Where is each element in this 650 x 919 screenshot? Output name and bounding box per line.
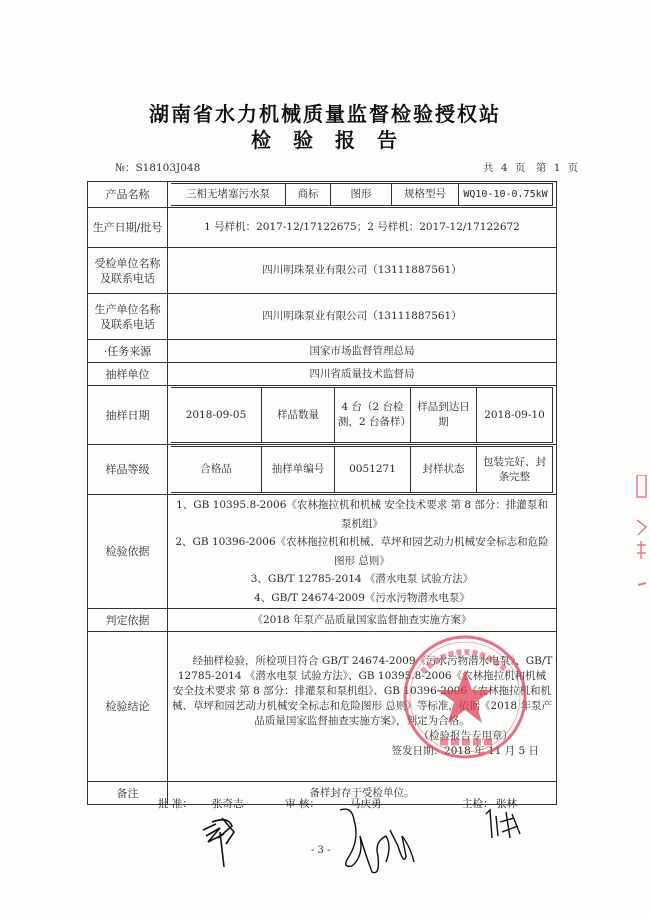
table-row: ·任务来源 国家市场监督管理总局 (88, 340, 557, 363)
basis-item: 2、GB 10396-2006《农林拖拉机和机械、草坪和园艺动力机械安全标志和危… (171, 533, 553, 570)
sample-qty-label: 样品数量 (262, 388, 335, 443)
table-row: 样品等级 合格品 抽样单编号 0051271 封样状态 包装完好、封条完整 (88, 445, 557, 495)
basis-item: 3、GB/T 12785-2014 《潜水电泵 试验方法》 (171, 570, 553, 589)
basis-item: 4、GB/T 24674-2009《污水污物潜水电泵》 (171, 589, 553, 608)
producer-label: 生产单位名称及联系电话 (88, 294, 168, 340)
basis-item: 1、GB 10395.8-2006《农林拖拉机和机械 安全技术要求 第 8 部分… (171, 496, 553, 533)
task-source-label: ·任务来源 (88, 340, 168, 363)
table-row: 检验依据 1、GB 10395.8-2006《农林拖拉机和机械 安全技术要求 第… (88, 495, 557, 609)
conclusion-cell: 经抽样检验，所检项目符合 GB/T 24674-2009《污水污物潜水电泵》、G… (168, 632, 557, 782)
seal-status-label: 封样状态 (411, 447, 477, 493)
table-row: 抽样单位 四川省质量技术监督局 (88, 363, 557, 386)
reviewer-signature-icon (338, 806, 420, 882)
model-value: WQ10-10-0.75kW (459, 184, 553, 206)
sample-qty-value: 4 台（2 台检测，2 台备样） (335, 388, 411, 443)
trademark-label: 商标 (286, 184, 331, 206)
table-row: 生产日期/批号 1 号样机：2017-12/17122675；2 号样机：201… (88, 208, 557, 248)
table-row: 检验结论 经抽样检验，所检项目符合 GB/T 24674-2009《污水污物潜水… (88, 632, 557, 782)
conclusion-label: 检验结论 (88, 632, 168, 782)
sampling-no-label: 抽样单编号 (262, 447, 335, 493)
seal-note: （检验报告专用章） (171, 729, 553, 744)
inspected-unit-value: 四川明珠泵业有限公司（13111887561） (168, 248, 557, 294)
production-date-value: 1 号样机：2017-12/17122675；2 号样机：2017-12/171… (168, 208, 557, 248)
basis-list: 1、GB 10395.8-2006《农林拖拉机和机械 安全技术要求 第 8 部分… (168, 495, 557, 609)
basis-label: 检验依据 (88, 495, 168, 609)
approver-signature-icon (198, 812, 243, 868)
producer-value: 四川明珠泵业有限公司（13111887561） (168, 294, 557, 340)
inspected-unit-label: 受检单位名称及联系电话 (88, 248, 168, 294)
inspection-report-table: 产品名称 三相无堵塞污水泵 商标 图形 规格型号 WQ10-10-0.75kW … (87, 181, 557, 805)
report-number-value: S18103J048 (135, 162, 200, 174)
conclusion-text: 经抽样检验，所检项目符合 GB/T 24674-2009《污水污物潜水电泵》、G… (171, 654, 553, 729)
sampling-no-value: 0051271 (335, 447, 411, 493)
table-row: 抽样日期 2018-09-05 样品数量 4 台（2 台检测，2 台备样） 样品… (88, 386, 557, 445)
judgement-basis-value: 《2018 年泵产品质量国家监督抽查实施方案》 (168, 609, 557, 632)
table-row: 受检单位名称及联系电话 四川明珠泵业有限公司（13111887561） (88, 248, 557, 294)
model-label: 规格型号 (392, 184, 459, 206)
chief-signature-icon (484, 808, 529, 842)
task-source-value: 国家市场监督管理总局 (168, 340, 557, 363)
seal-status-value: 包装完好、封条完整 (477, 447, 553, 493)
issue-date: 签发日期：2018 年 11 月 5 日 (171, 744, 553, 759)
sample-grade-value: 合格品 (171, 447, 262, 493)
edge-seal-mark-icon (634, 475, 650, 625)
product-name-label: 产品名称 (88, 182, 168, 208)
production-date-label: 生产日期/批号 (88, 208, 168, 248)
arrival-date-label: 样品到达日期 (411, 388, 477, 443)
review-label: 审 核： (285, 796, 320, 811)
report-number-label: №： (115, 162, 135, 174)
sampling-unit-label: 抽样单位 (88, 363, 168, 386)
page-info: 共 4 页 第 1 页 (483, 160, 578, 175)
org-title: 湖南省水力机械质量监督检验授权站 (0, 98, 650, 127)
report-number: №：S18103J048 (115, 160, 200, 175)
product-name-value: 三相无堵塞污水泵 (171, 184, 286, 206)
doc-title: 检验报告 (0, 124, 650, 153)
page-number: - 3 - (311, 845, 330, 856)
approver-name: 张奇志 (212, 796, 244, 811)
arrival-date-value: 2018-09-10 (477, 388, 553, 443)
sampling-date-value: 2018-09-05 (171, 388, 262, 443)
table-row: 产品名称 三相无堵塞污水泵 商标 图形 规格型号 WQ10-10-0.75kW (88, 182, 557, 208)
remarks-label: 备注 (88, 782, 168, 805)
table-row: 生产单位名称及联系电话 四川明珠泵业有限公司（13111887561） (88, 294, 557, 340)
judgement-basis-label: 判定依据 (88, 609, 168, 632)
sample-grade-label: 样品等级 (88, 445, 168, 495)
approve-label: 批 准： (158, 796, 193, 811)
trademark-value: 图形 (331, 184, 392, 206)
sampling-date-label: 抽样日期 (88, 386, 168, 445)
table-row: 判定依据 《2018 年泵产品质量国家监督抽查实施方案》 (88, 609, 557, 632)
sampling-unit-value: 四川省质量技术监督局 (168, 363, 557, 386)
